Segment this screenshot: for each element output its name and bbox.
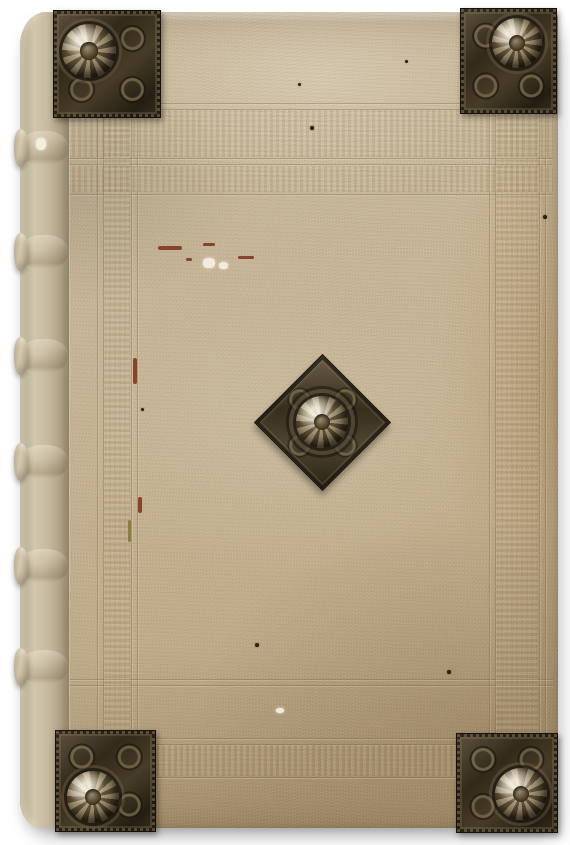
- wormhole-spot: [298, 83, 301, 86]
- center-boss: [296, 396, 348, 448]
- spine-raised-band: [14, 648, 29, 686]
- wormhole-spot: [310, 126, 314, 130]
- red-stain: [138, 497, 142, 513]
- white-fleck: [203, 258, 215, 268]
- white-fleck: [276, 708, 284, 713]
- corner-fitting-top-left: [53, 10, 161, 118]
- corner-boss-bottom-left: [67, 771, 119, 823]
- corner-fitting-top-right: [460, 8, 557, 114]
- red-stain: [238, 256, 254, 259]
- corner-boss-top-right: [492, 18, 542, 68]
- book-cover: [20, 12, 558, 828]
- red-stain: [158, 246, 182, 250]
- corner-fitting-bottom-left: [55, 730, 156, 832]
- green-stain: [128, 520, 131, 542]
- wormhole-spot: [543, 215, 547, 219]
- tooled-fillet-horizontal: [66, 164, 553, 165]
- spine-raised-band: [14, 337, 29, 375]
- spine-raised-band: [14, 547, 29, 585]
- white-fleck: [219, 262, 228, 269]
- wormhole-spot: [447, 670, 451, 674]
- spine-raised-band: [14, 233, 29, 271]
- corner-fitting-bottom-right: [456, 733, 558, 833]
- photo-stage: [0, 0, 570, 845]
- wormhole-spot: [141, 408, 144, 411]
- red-stain: [203, 243, 215, 246]
- spine-raised-band: [14, 129, 29, 167]
- tooled-fillet-horizontal: [66, 158, 553, 159]
- tooled-fillet-horizontal: [66, 679, 553, 680]
- tooled-fillet-horizontal: [66, 194, 553, 195]
- book-spine: [20, 12, 69, 828]
- white-fleck: [36, 138, 46, 150]
- center-fitting-diamond: [274, 374, 371, 471]
- corner-boss-bottom-right: [495, 768, 547, 820]
- wormhole-spot: [255, 643, 259, 647]
- red-stain: [186, 258, 192, 261]
- red-stain: [133, 358, 137, 384]
- tooled-fillet-horizontal: [66, 685, 553, 686]
- corner-boss-top-left: [62, 24, 116, 78]
- wormhole-spot: [405, 60, 408, 63]
- tooled-roll-band-horizontal: [66, 166, 553, 192]
- spine-raised-band: [14, 443, 29, 481]
